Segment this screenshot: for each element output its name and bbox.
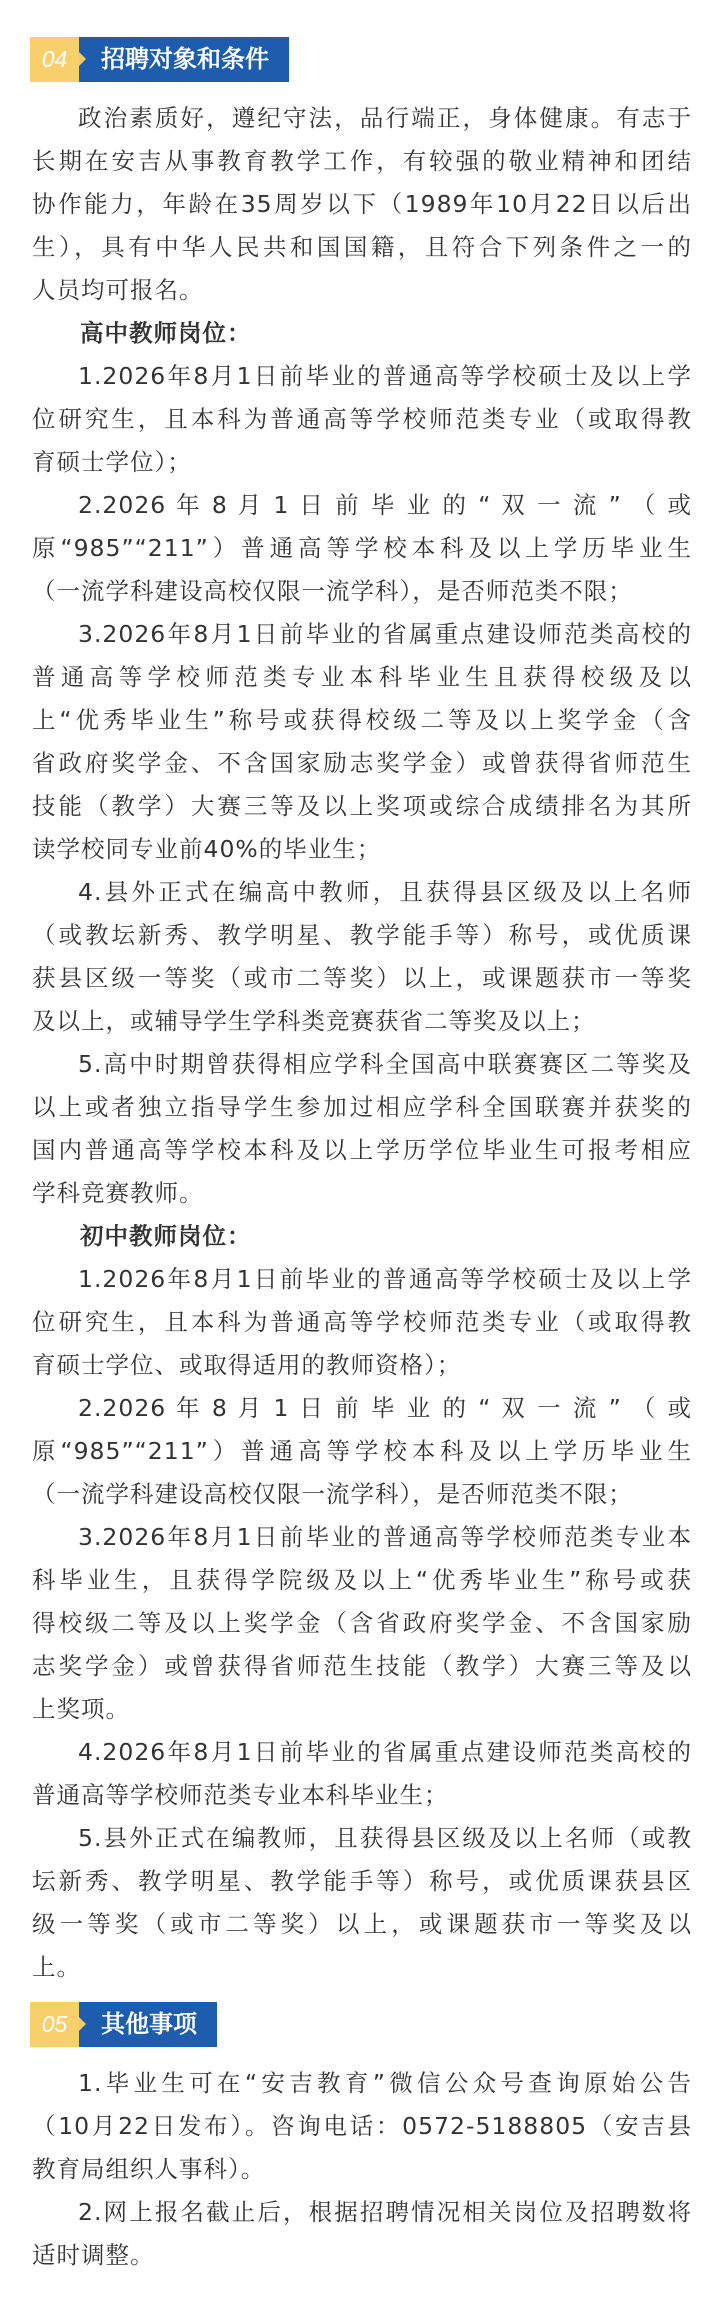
text-line: 5.县外正式在编教师，且获得县区级及以上名师（或教 [32, 1817, 692, 1860]
group-heading: 高中教师岗位： [32, 312, 692, 355]
text-line: （一流学科建设高校仅限一流学科），是否师范类不限； [32, 570, 692, 613]
text-line: 长期在安吉从事教育教学工作，有较强的敬业精神和团结 [32, 140, 692, 183]
text-line: （10月22日发布）。咨询电话：0572-5188805（安吉县 [32, 2105, 692, 2148]
text-line: 2.2026 年 8 月 1 日 前 毕 业 的 “ 双 一 流 ” （ 或 [32, 484, 692, 527]
high-school-group: 高中教师岗位： 1.2026年8月1日前毕业的普通高等学校硕士及以上学 位研究生… [32, 312, 692, 1215]
group-heading: 初中教师岗位： [32, 1215, 692, 1258]
text-line: 位研究生，且本科为普通高等学校师范类专业（或取得教 [32, 1301, 692, 1344]
text-line: 5.高中时期曾获得相应学科全国高中联赛赛区二等奖及 [32, 1043, 692, 1086]
text-line: 上“优秀毕业生”称号或获得校级二等及以上奖学金（含 [32, 699, 692, 742]
text-line: 1.2026年8月1日前毕业的普通高等学校硕士及以上学 [32, 1258, 692, 1301]
text-line: 人员均可报名。 [32, 269, 692, 312]
requirement-item: 1.2026年8月1日前毕业的普通高等学校硕士及以上学 位研究生，且本科为普通高… [32, 1258, 692, 1387]
requirement-item: 4.2026年8月1日前毕业的省属重点建设师范类高校的 普通高等学校师范类专业本… [32, 1731, 692, 1817]
text-line: 国内普通高等学校本科及以上学历学位毕业生可报考相应 [32, 1129, 692, 1172]
text-line: 技能（教学）大赛三等及以上奖项或综合成绩排名为其所 [32, 785, 692, 828]
text-line: 读学校同专业前40%的毕业生； [32, 828, 692, 871]
text-line: （一流学科建设高校仅限一流学科），是否师范类不限； [32, 1473, 692, 1516]
text-line: 4.2026年8月1日前毕业的省属重点建设师范类高校的 [32, 1731, 692, 1774]
text-line: 政治素质好，遵纪守法，品行端正，身体健康。有志于 [32, 97, 692, 140]
requirement-item: 2.2026 年 8 月 1 日 前 毕 业 的 “ 双 一 流 ” （ 或 原… [32, 1387, 692, 1516]
text-line: 原“985”“211”）普通高等学校本科及以上学历毕业生 [32, 1430, 692, 1473]
text-line: 获县区级一等奖（或市二等奖）以上，或课题获市一等奖 [32, 957, 692, 1000]
requirement-item: 5.县外正式在编教师，且获得县区级及以上名师（或教 坛新秀、教学明星、教学能手等… [32, 1817, 692, 1989]
section-04-number: 04 [30, 37, 79, 82]
section-04-title: 招聘对象和条件 [79, 37, 289, 82]
text-line: 生），具有中华人民共和国国籍，且符合下列条件之一的 [32, 226, 692, 269]
middle-school-group: 初中教师岗位： 1.2026年8月1日前毕业的普通高等学校硕士及以上学 位研究生… [32, 1215, 692, 1989]
section-05-title: 其他事项 [79, 2002, 217, 2047]
text-line: 坛新秀、教学明星、教学能手等）称号，或优质课获县区 [32, 1860, 692, 1903]
text-line: 教育局组织人事科）。 [32, 2148, 692, 2191]
intro-paragraph: 政治素质好，遵纪守法，品行端正，身体健康。有志于 长期在安吉从事教育教学工作，有… [32, 97, 692, 312]
text-line: 普通高等学校师范类专业本科毕业生； [32, 1774, 692, 1817]
text-line: 以上或者独立指导学生参加过相应学科全国联赛并获奖的 [32, 1086, 692, 1129]
section-05-number: 05 [30, 2002, 79, 2047]
requirement-item: 1.2026年8月1日前毕业的普通高等学校硕士及以上学 位研究生，且本科为普通高… [32, 355, 692, 484]
text-line: 及以上，或辅导学生学科类竞赛获省二等奖及以上； [32, 1000, 692, 1043]
text-line: 育硕士学位）； [32, 441, 692, 484]
section-05-header: 05 其他事项 [30, 2002, 217, 2047]
text-line: 省政府奖学金、不含国家励志奖学金）或曾获得省师范生 [32, 742, 692, 785]
section-04-body: 政治素质好，遵纪守法，品行端正，身体健康。有志于 长期在安吉从事教育教学工作，有… [32, 97, 692, 1989]
text-line: 学科竞赛教师。 [32, 1172, 692, 1215]
text-line: 得校级二等及以上奖学金（含省政府奖学金、不含国家励 [32, 1602, 692, 1645]
requirement-item: 2.2026 年 8 月 1 日 前 毕 业 的 “ 双 一 流 ” （ 或 原… [32, 484, 692, 613]
text-line: 位研究生，且本科为普通高等学校师范类专业（或取得教 [32, 398, 692, 441]
text-line: 普通高等学校师范类专业本科毕业生且获得校级及以 [32, 656, 692, 699]
text-line: 2.网上报名截止后，根据招聘情况相关岗位及招聘数将 [32, 2191, 692, 2234]
text-line: 2.2026 年 8 月 1 日 前 毕 业 的 “ 双 一 流 ” （ 或 [32, 1387, 692, 1430]
text-line: 协作能力，年龄在35周岁以下（1989年10月22日以后出 [32, 183, 692, 226]
text-line: 上。 [32, 1946, 692, 1989]
requirement-item: 4.县外正式在编高中教师，且获得县区级及以上名师 （或教坛新秀、教学明星、教学能… [32, 871, 692, 1043]
requirement-item: 3.2026年8月1日前毕业的省属重点建设师范类高校的 普通高等学校师范类专业本… [32, 613, 692, 871]
text-line: 原“985”“211”）普通高等学校本科及以上学历毕业生 [32, 527, 692, 570]
notice-item: 2.网上报名截止后，根据招聘情况相关岗位及招聘数将 适时调整。 [32, 2191, 692, 2277]
section-05-body: 1.毕业生可在“安吉教育”微信公众号查询原始公告 （10月22日发布）。咨询电话… [32, 2062, 692, 2277]
text-line: 育硕士学位、或取得适用的教师资格）； [32, 1344, 692, 1387]
text-line: 3.2026年8月1日前毕业的普通高等学校师范类专业本 [32, 1516, 692, 1559]
text-line: 上奖项。 [32, 1688, 692, 1731]
text-line: 志奖学金）或曾获得省师范生技能（教学）大赛三等及以 [32, 1645, 692, 1688]
requirement-item: 5.高中时期曾获得相应学科全国高中联赛赛区二等奖及 以上或者独立指导学生参加过相… [32, 1043, 692, 1215]
text-line: 1.毕业生可在“安吉教育”微信公众号查询原始公告 [32, 2062, 692, 2105]
text-line: 4.县外正式在编高中教师，且获得县区级及以上名师 [32, 871, 692, 914]
notice-item: 1.毕业生可在“安吉教育”微信公众号查询原始公告 （10月22日发布）。咨询电话… [32, 2062, 692, 2191]
text-line: 适时调整。 [32, 2234, 692, 2277]
text-line: 3.2026年8月1日前毕业的省属重点建设师范类高校的 [32, 613, 692, 656]
text-line: 科毕业生，且获得学院级及以上“优秀毕业生”称号或获 [32, 1559, 692, 1602]
text-line: （或教坛新秀、教学明星、教学能手等）称号，或优质课 [32, 914, 692, 957]
text-line: 级一等奖（或市二等奖）以上，或课题获市一等奖及以 [32, 1903, 692, 1946]
section-04-header: 04 招聘对象和条件 [30, 37, 289, 82]
requirement-item: 3.2026年8月1日前毕业的普通高等学校师范类专业本 科毕业生，且获得学院级及… [32, 1516, 692, 1731]
text-line: 1.2026年8月1日前毕业的普通高等学校硕士及以上学 [32, 355, 692, 398]
